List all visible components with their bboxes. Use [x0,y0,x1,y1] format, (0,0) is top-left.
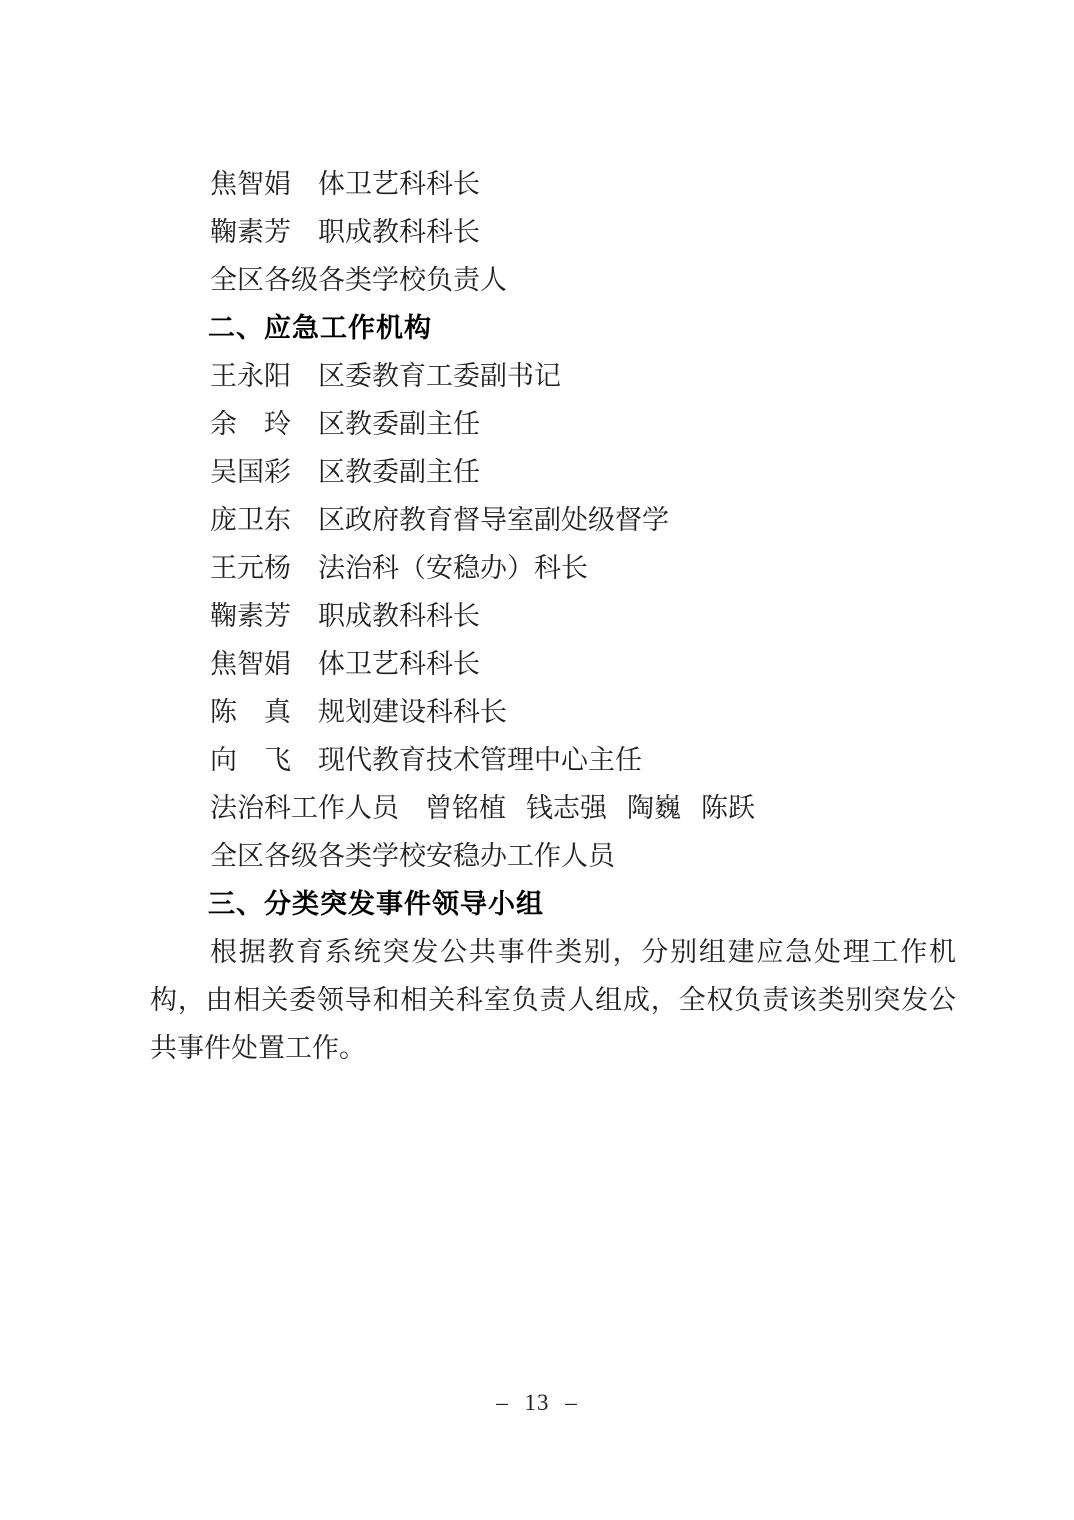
person-title: 区政府教育督导室副处级督学 [318,496,669,544]
person-name: 焦智娟 [210,640,318,688]
staff-group-label: 法治科工作人员 [210,793,399,823]
section-note: 全区各级各类学校安稳办工作人员 [150,832,956,880]
person-name: 鞠素芳 [210,208,318,256]
section-heading-emergency: 二、应急工作机构 [150,304,956,352]
person-title: 区教委副主任 [318,448,480,496]
person-title: 职成教科科长 [318,208,480,256]
member-row: 向 飞 现代教育技术管理中心主任 [150,736,956,784]
person-title: 职成教科科长 [318,592,480,640]
member-row: 庞卫东 区政府教育督导室副处级督学 [150,496,956,544]
body-paragraph: 根据教育系统突发公共事件类别，分别组建应急处理工作机构，由相关委领导和相关科室负… [150,928,956,1072]
staff-row: 法治科工作人员曾铭植钱志强陶巍陈跃 [150,784,956,832]
person-name: 向 飞 [210,736,318,784]
person-name: 鞠素芳 [210,592,318,640]
member-row: 吴国彩 区教委副主任 [150,448,956,496]
person-name: 王永阳 [210,352,318,400]
person-name: 余 玲 [210,400,318,448]
person-title: 体卫艺科科长 [318,160,480,208]
page-number: – 13 – [0,1390,1074,1416]
member-row: 王永阳 区委教育工委副书记 [150,352,956,400]
member-row: 王元杨 法治科（安稳办）科长 [150,544,956,592]
person-title: 体卫艺科科长 [318,640,480,688]
member-row: 余 玲 区教委副主任 [150,400,956,448]
person-name: 陈 真 [210,688,318,736]
page-content: 焦智娟 体卫艺科科长 鞠素芳 职成教科科长 全区各级各类学校负责人 二、应急工作… [150,160,956,1072]
document-page: { "document": { "roster_top": [ { "name"… [0,0,1074,1520]
roster-row: 鞠素芳 职成教科科长 [150,208,956,256]
staff-name: 曾铭植 [425,793,506,823]
staff-name: 陶巍 [627,793,681,823]
person-title: 区教委副主任 [318,400,480,448]
member-row: 鞠素芳 职成教科科长 [150,592,956,640]
person-title: 区委教育工委副书记 [318,352,561,400]
roster-row: 焦智娟 体卫艺科科长 [150,160,956,208]
section-heading-classified: 三、分类突发事件领导小组 [150,880,956,928]
member-row: 陈 真 规划建设科科长 [150,688,956,736]
roster-note: 全区各级各类学校负责人 [150,256,956,304]
person-name: 庞卫东 [210,496,318,544]
person-name: 吴国彩 [210,448,318,496]
staff-name: 陈跃 [701,793,755,823]
member-row: 焦智娟 体卫艺科科长 [150,640,956,688]
person-name: 王元杨 [210,544,318,592]
staff-name: 钱志强 [526,793,607,823]
person-name: 焦智娟 [210,160,318,208]
person-title: 现代教育技术管理中心主任 [318,736,642,784]
person-title: 规划建设科科长 [318,688,507,736]
person-title: 法治科（安稳办）科长 [318,544,588,592]
